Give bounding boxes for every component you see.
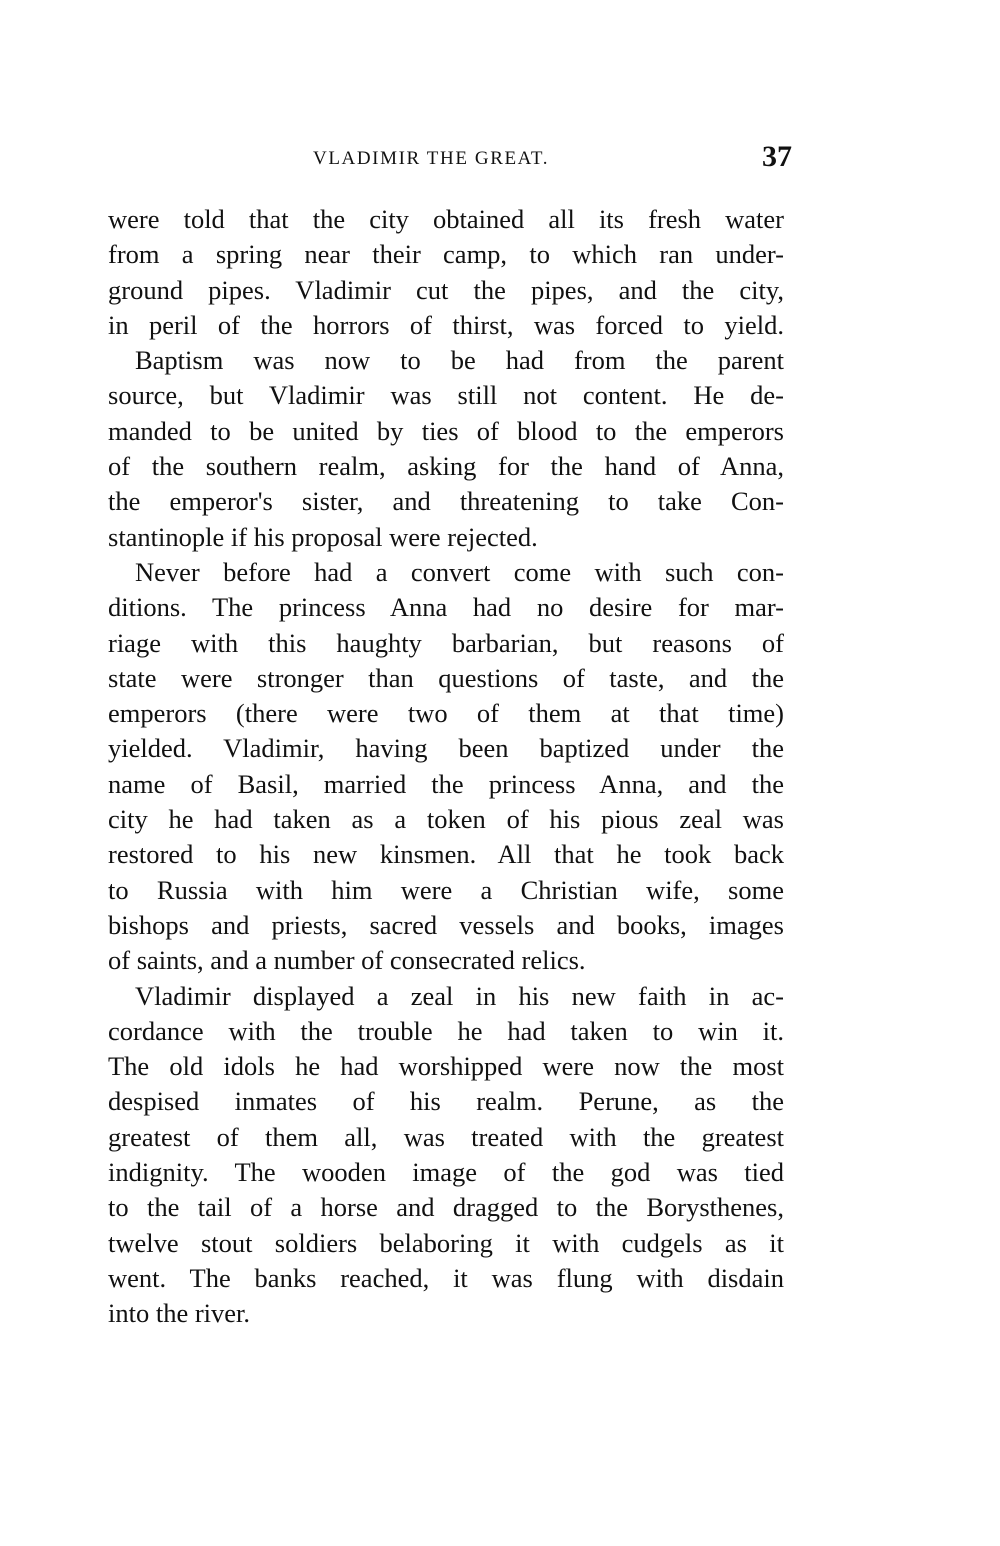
text-line: were told that the city obtained all its… (108, 202, 784, 237)
text-line: bishops and priests, sacred vessels and … (108, 908, 784, 943)
text-line: to Russia with him were a Christian wife… (108, 873, 784, 908)
text-line: riage with this haughty barbarian, but r… (108, 626, 784, 661)
paragraph-4: Vladimir displayed a zeal in his new fai… (108, 979, 784, 1332)
paragraph-2: Baptism was now to be had from the paren… (108, 343, 784, 555)
body-text: were told that the city obtained all its… (108, 202, 784, 1332)
text-line: stantinople if his proposal were rejecte… (108, 520, 784, 555)
text-line: of saints, and a number of consecrated r… (108, 943, 784, 978)
text-line: went. The banks reached, it was flung wi… (108, 1261, 784, 1296)
text-line: city he had taken as a token of his piou… (108, 802, 784, 837)
text-line: cordance with the trouble he had taken t… (108, 1014, 784, 1049)
text-line: ditions. The princess Anna had no desire… (108, 590, 784, 625)
text-line: to the tail of a horse and dragged to th… (108, 1190, 784, 1225)
text-line: manded to be united by ties of blood to … (108, 414, 784, 449)
paragraph-3: Never before had a convert come with suc… (108, 555, 784, 979)
text-line: ground pipes. Vladimir cut the pipes, an… (108, 273, 784, 308)
text-line: greatest of them all, was treated with t… (108, 1120, 784, 1155)
text-line: restored to his new kinsmen. All that he… (108, 837, 784, 872)
text-line: name of Basil, married the princess Anna… (108, 767, 784, 802)
text-line: from a spring near their camp, to which … (108, 237, 784, 272)
text-line: the emperor's sister, and threatening to… (108, 484, 784, 519)
text-line: of the southern realm, asking for the ha… (108, 449, 784, 484)
text-line: Never before had a convert come with suc… (108, 555, 784, 590)
running-title: VLADIMIR THE GREAT. (313, 148, 549, 170)
running-head: VLADIMIR THE GREAT. 37 (108, 140, 784, 180)
book-page: VLADIMIR THE GREAT. 37 were told that th… (108, 140, 784, 1332)
text-line: yielded. Vladimir, having been baptized … (108, 731, 784, 766)
text-line: despised inmates of his realm. Perune, a… (108, 1084, 784, 1119)
text-line: Baptism was now to be had from the paren… (108, 343, 784, 378)
text-line: indignity. The wooden image of the god w… (108, 1155, 784, 1190)
text-line: twelve stout soldiers belaboring it with… (108, 1226, 784, 1261)
text-line: state were stronger than questions of ta… (108, 661, 784, 696)
page-number: 37 (762, 140, 792, 174)
text-line: The old idols he had worshipped were now… (108, 1049, 784, 1084)
text-line: emperors (there were two of them at that… (108, 696, 784, 731)
paragraph-1: were told that the city obtained all its… (108, 202, 784, 343)
text-line: in peril of the horrors of thirst, was f… (108, 308, 784, 343)
text-line: source, but Vladimir was still not conte… (108, 378, 784, 413)
text-line: Vladimir displayed a zeal in his new fai… (108, 979, 784, 1014)
text-line: into the river. (108, 1296, 784, 1331)
